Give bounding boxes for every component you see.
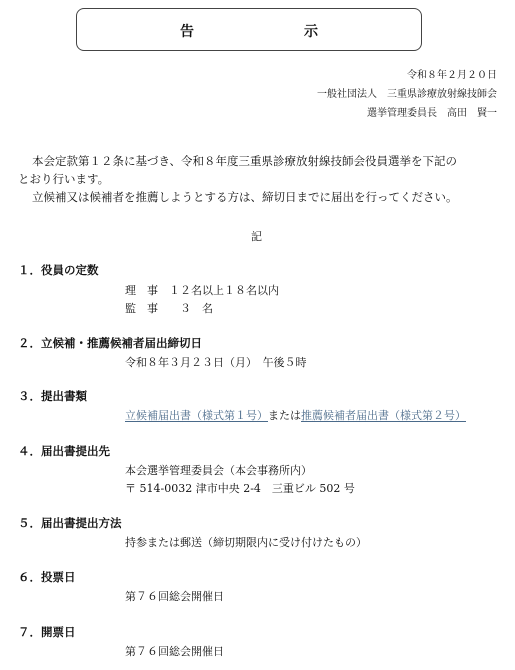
title-box: 告 示 [76, 8, 422, 51]
organization-name: 一般社団法人 三重県診療放射線技師会 [317, 85, 497, 100]
candidacy-form-link[interactable]: 立候補届出書（様式第１号） [125, 409, 268, 422]
intro-line-2: とおり行います。 [18, 171, 109, 187]
ki-label: 記 [251, 228, 262, 244]
section-6-line-1: 第７６回総会開催日 [125, 588, 224, 604]
signatory: 選挙管理委員長 高田 賢一 [367, 104, 497, 119]
section-5-heading: ５．届出書提出方法 [18, 515, 122, 531]
recommendation-form-link[interactable]: 推薦候補者届出書（様式第２号） [301, 409, 466, 422]
section-7-line-1: 第７６回総会開催日 [125, 643, 224, 659]
section-3-documents: 立候補届出書（様式第１号）または推薦候補者届出書（様式第２号） [125, 407, 466, 423]
page-title: 告 示 [77, 21, 421, 41]
intro-line-1: 本会定款第１２条に基づき、令和８年度三重県診療放射線技師会役員選挙を下記の [32, 153, 457, 169]
section-5-line-1: 持参または郵送（締切期限内に受け付けたもの） [125, 534, 367, 550]
notice-date: 令和８年２月２０日 [407, 66, 497, 81]
section-2-line-1: 令和８年３月２３日（月） 午後５時 [125, 354, 307, 370]
section-2-heading: ２．立候補・推薦候補者届出締切日 [18, 335, 202, 351]
section-1-heading: １．役員の定数 [18, 262, 99, 278]
connector-text: または [268, 409, 301, 422]
section-4-line-2: 〒 514-0032 津市中央 2-4 三重ビル 502 号 [125, 480, 355, 496]
section-6-heading: ６．投票日 [18, 569, 76, 585]
section-1-line-2: 監 事 ３ 名 [125, 300, 213, 316]
intro-line-3: 立候補又は候補者を推薦しようとする方は、締切日までに届出を行ってください。 [32, 189, 458, 205]
section-4-heading: ４．届出書提出先 [18, 443, 110, 459]
section-7-heading: ７．開票日 [18, 624, 76, 640]
section-3-heading: ３．提出書類 [18, 388, 87, 404]
section-1-line-1: 理 事 １２名以上１８名以内 [125, 282, 279, 298]
section-4-line-1: 本会選挙管理委員会（本会事務所内） [125, 462, 312, 478]
